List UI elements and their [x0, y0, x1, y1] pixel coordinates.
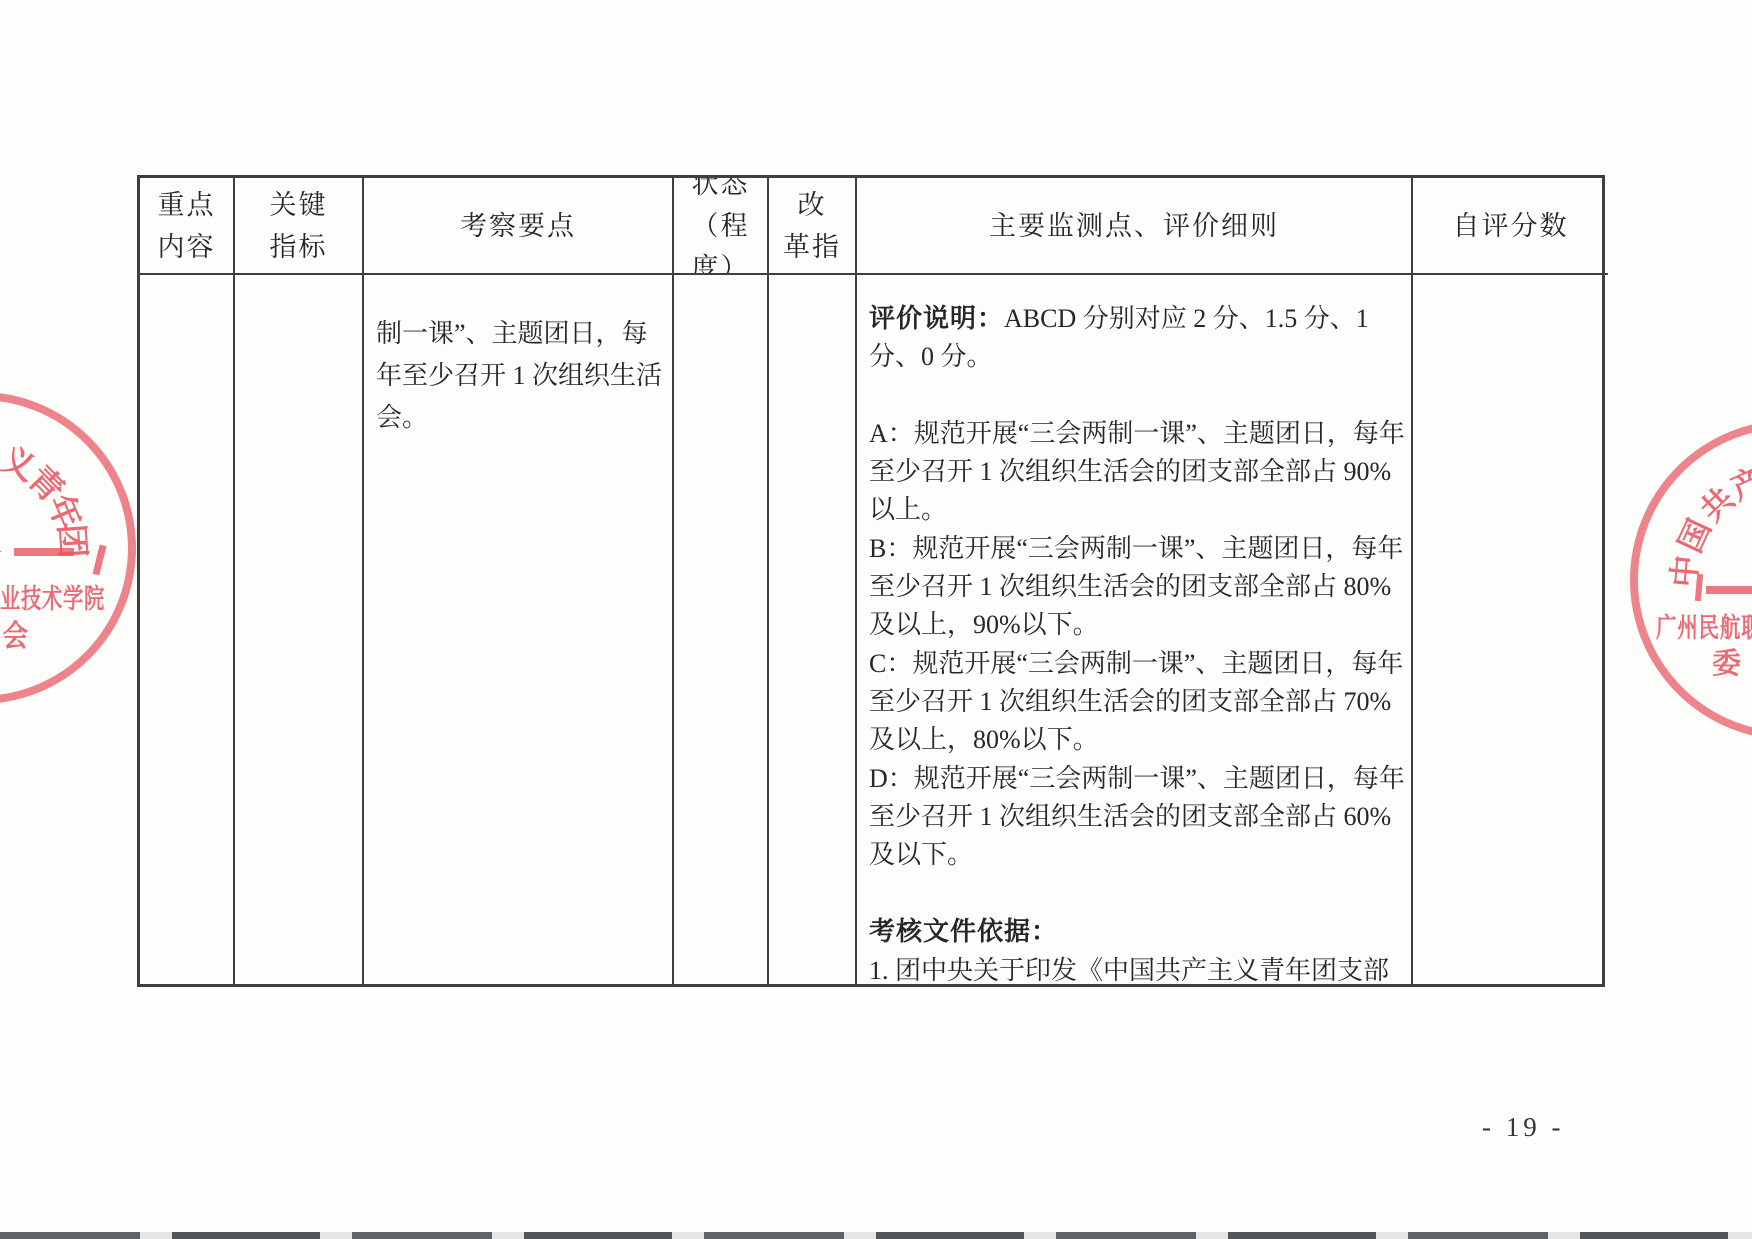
cell-inspection-points: 制一课”、主题团日，每年至少召开 1 次组织生活会。 — [364, 275, 674, 984]
paragraph-text: C：规范开展“三会两制一课”、主题团日，每年至少召开 1 次组织生活会的团支部全… — [869, 649, 1403, 754]
scanned-document-page: 重点 内容 关键 指标 考察要点 状态 （程度） 重点改 革指标 主要监测点、评… — [0, 0, 1752, 1239]
header-line: 考察要点 — [460, 205, 576, 247]
page-number: - 19 - — [1482, 1112, 1564, 1143]
header-key-indicator: 关键 指标 — [235, 178, 364, 275]
assessment-table: 重点 内容 关键 指标 考察要点 状态 （程度） 重点改 革指标 主要监测点、评… — [137, 175, 1605, 987]
header-line: 革指标 — [769, 226, 855, 276]
cell-status-degree — [674, 275, 769, 984]
header-line: 内容 — [158, 226, 216, 268]
monitoring-paragraph-grade-c: C：规范开展“三会两制一课”、主题团日，每年至少召开 1 次组织生活会的团支部全… — [869, 644, 1405, 759]
seal-institution-text: 广州民航职 — [1656, 606, 1752, 645]
header-status-degree: 状态 （程度） — [674, 178, 769, 275]
seal-divider-bar — [1706, 586, 1752, 594]
paragraph-lead: 评价说明： — [869, 303, 1004, 333]
cell-monitoring-rules: 评价说明：ABCD 分别对应 2 分、1.5 分、1 分、0 分。 A：规范开展… — [857, 275, 1413, 984]
header-line: （程度） — [674, 205, 767, 276]
header-monitoring-rules: 主要监测点、评价细则 — [857, 178, 1413, 275]
monitoring-paragraph-grade-d: D：规范开展“三会两制一课”、主题团日，每年至少召开 1 次组织生活会的团支部全… — [869, 759, 1405, 874]
header-inspection-points: 考察要点 — [364, 178, 674, 275]
header-line: 关键 — [270, 184, 328, 226]
header-key-content: 重点 内容 — [140, 178, 235, 275]
paragraph-text: 1. 团中央关于印发《中国共产主义青年团支部工 — [869, 956, 1389, 984]
scan-edge-artifact — [0, 1232, 1752, 1239]
header-line: 主要监测点、评价细则 — [989, 205, 1279, 247]
header-line: 指标 — [270, 226, 328, 268]
monitoring-paragraph-grade-a: A：规范开展“三会两制一课”、主题团日，每年至少召开 1 次组织生活会的团支部全… — [869, 414, 1405, 529]
cell-key-indicator — [235, 275, 364, 984]
paragraph-text: A：规范开展“三会两制一课”、主题团日，每年至少召开 1 次组织生活会的团支部全… — [869, 419, 1405, 524]
header-self-score: 自评分数 — [1413, 178, 1608, 275]
cell-key-content — [140, 275, 235, 984]
monitoring-paragraph-file-basis-item1: 1. 团中央关于印发《中国共产主义青年团支部工 — [869, 951, 1405, 984]
header-line: 自评分数 — [1453, 205, 1569, 247]
cell-self-score — [1413, 275, 1608, 984]
seal-committee-text: 委 — [1712, 641, 1741, 682]
monitoring-paragraph-file-basis-title: 考核文件依据： — [869, 912, 1405, 951]
monitoring-paragraph-grade-b: B：规范开展“三会两制一课”、主题团日，每年至少召开 1 次组织生活会的团支部全… — [869, 529, 1405, 644]
header-reform-indicator: 重点改 革指标 — [769, 178, 857, 275]
cell-reform-indicator — [769, 275, 857, 984]
header-line: 重点改 — [769, 178, 855, 226]
paragraph-lead: 考核文件依据： — [869, 916, 1058, 946]
header-line: 状态 — [692, 178, 750, 205]
paragraph-text: B：规范开展“三会两制一课”、主题团日，每年至少召开 1 次组织生活会的团支部全… — [869, 534, 1403, 639]
inspection-text: 制一课”、主题团日，每年至少召开 1 次组织生活会。 — [376, 319, 662, 432]
monitoring-paragraph-evaluation-note: 评价说明：ABCD 分别对应 2 分、1.5 分、1 分、0 分。 — [869, 299, 1405, 376]
header-line: 重点 — [158, 184, 216, 226]
seal-committee-text: 员会 — [0, 611, 33, 655]
seal-divider-bar — [14, 548, 74, 556]
paragraph-text: D：规范开展“三会两制一课”、主题团日，每年至少召开 1 次组织生活会的团支部全… — [869, 764, 1405, 869]
